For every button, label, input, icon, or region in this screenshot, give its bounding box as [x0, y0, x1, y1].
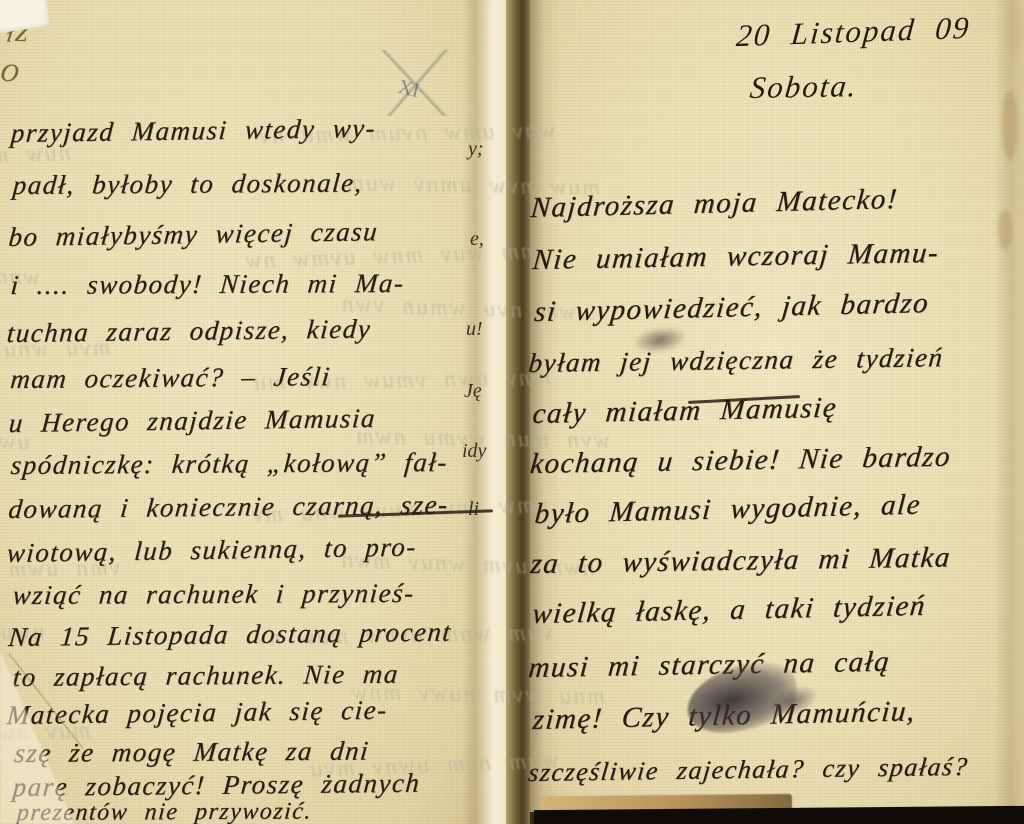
manuscript-line: wiotową, lub sukienną, to pro- — [6, 532, 418, 569]
folded-corner — [0, 650, 74, 824]
manuscript-line: wziąć na rachunek i przynieś- — [11, 578, 415, 611]
paper-stain — [1002, 90, 1018, 160]
manuscript-line: byłam jej wdzięczna że tydzień — [527, 342, 945, 379]
gutter-fragment: li — [468, 498, 479, 521]
manuscript-line: bo miałybyśmy więcej czasu — [7, 216, 379, 253]
manuscript-line: przyjazd Mamusi wtedy wy- — [10, 113, 377, 149]
gutter-fragment: u! — [466, 318, 483, 341]
letter-scan: nuw mnv uwm vnuwm wum wnm uvw muw nmvw u… — [0, 0, 1024, 824]
manuscript-line: szczęśliwie zajechała? czy spałaś? — [527, 752, 970, 788]
scan-background-strip — [534, 806, 1024, 824]
day-line: Sobota. — [748, 68, 860, 106]
manuscript-line: spódniczkę: krótką „kołową” fał- — [10, 447, 450, 481]
gutter-fragment: idy — [462, 440, 486, 463]
paper-stain — [998, 210, 1012, 250]
manuscript-line: u Herego znajdzie Mamusia — [8, 403, 377, 439]
manuscript-line: dowaną i koniecznie czarną, sze- — [7, 489, 450, 525]
manuscript-line: mam oczekiwać? – Jeśli — [9, 361, 332, 395]
manuscript-line: i .... swobody! Niech mi Ma- — [9, 268, 405, 301]
manuscript-line: Na 15 Listopada dostaną procent — [7, 617, 453, 653]
gutter-fragment: y; — [468, 138, 484, 161]
gutter-fragment: Ję — [464, 380, 482, 403]
manuscript-line: za to wyświadczyła mi Matka — [529, 541, 952, 581]
paper-stain — [1006, 6, 1022, 56]
manuscript-line: tuchna zaraz odpisze, kiedy — [6, 314, 373, 349]
gutter-fragment: e, — [470, 228, 484, 251]
manuscript-line: cały miałam Mamusię — [531, 392, 838, 431]
manuscript-line: padł, byłoby to doskonale, — [12, 168, 365, 201]
